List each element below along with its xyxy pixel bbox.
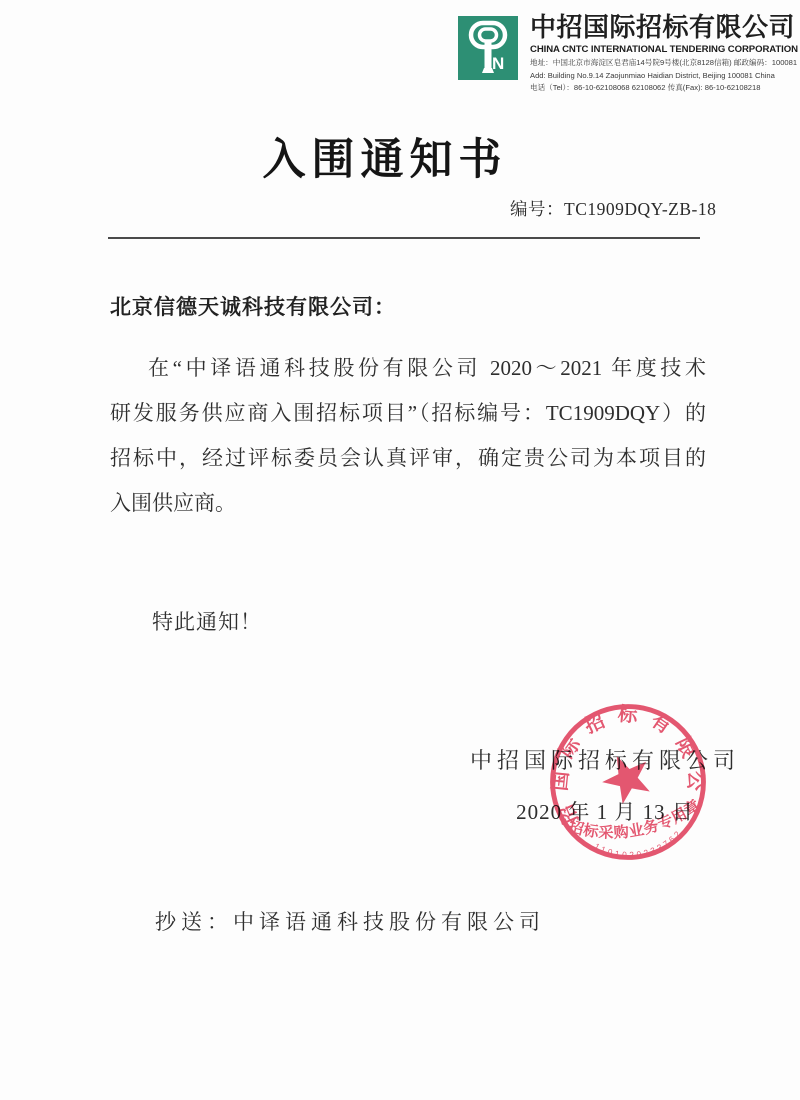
company-name-cn: 中招国际招标有限公司 — [530, 13, 798, 43]
recipient-line: 北京信德天诚科技有限公司： — [110, 291, 710, 321]
document-title: 入围通知书 — [60, 126, 710, 187]
svg-text:N: N — [492, 54, 504, 73]
cc-line: 抄送：中译语通科技股份有限公司 — [155, 906, 545, 936]
signature-company: 中招国际招标有限公司 — [425, 744, 785, 775]
company-address-cn: 地址：中国北京市海淀区皂君庙14号院9号楼(北京8128信箱) 邮政编码：100… — [530, 57, 798, 68]
body-paragraph: 在“中译语通科技股份有限公司 2020～2021 年度技术 研发服务供应商入围招… — [110, 346, 706, 526]
body-line-3: 招标中，经过评标委员会认真评审，确定贵公司为本项目的 — [110, 436, 706, 481]
signature-date: 2020 年 1 月 13 日 — [425, 796, 785, 826]
stamp-serial-number: 1101020233762 — [592, 826, 688, 867]
body-line-2: 研发服务供应商入围招标项目”（招标编号：TC1909DQY）的 — [110, 391, 706, 436]
company-address-en: Add: Building No.9.14 Zaojunmiao Haidian… — [530, 71, 798, 80]
closing-line: 特此通知！ — [110, 606, 262, 636]
reference-number: 编号：TC1909DQY-ZB-18 — [510, 196, 730, 221]
letterhead: 中招国际招标有限公司 CHINA CNTC INTERNATIONAL TEND… — [530, 13, 798, 93]
company-name-en: CHINA CNTC INTERNATIONAL TENDERING CORPO… — [530, 44, 798, 55]
cntc-logo: N — [458, 16, 518, 80]
cntc-logo-icon: N — [458, 16, 518, 80]
company-phone-fax: 电话（Tel）：86-10-62108068 62108062 传真(Fax):… — [530, 82, 798, 93]
scanned-letter-page: { "header": { "logo_color": "#2d8f74", "… — [0, 0, 800, 1100]
body-line-4: 入围供应商。 — [110, 481, 706, 526]
body-line-1: 在“中译语通科技股份有限公司 2020～2021 年度技术 — [110, 346, 706, 391]
horizontal-rule — [108, 237, 700, 239]
signature-block: 中招国际招标有限公司 2020 年 1 月 13 日 — [425, 744, 785, 826]
